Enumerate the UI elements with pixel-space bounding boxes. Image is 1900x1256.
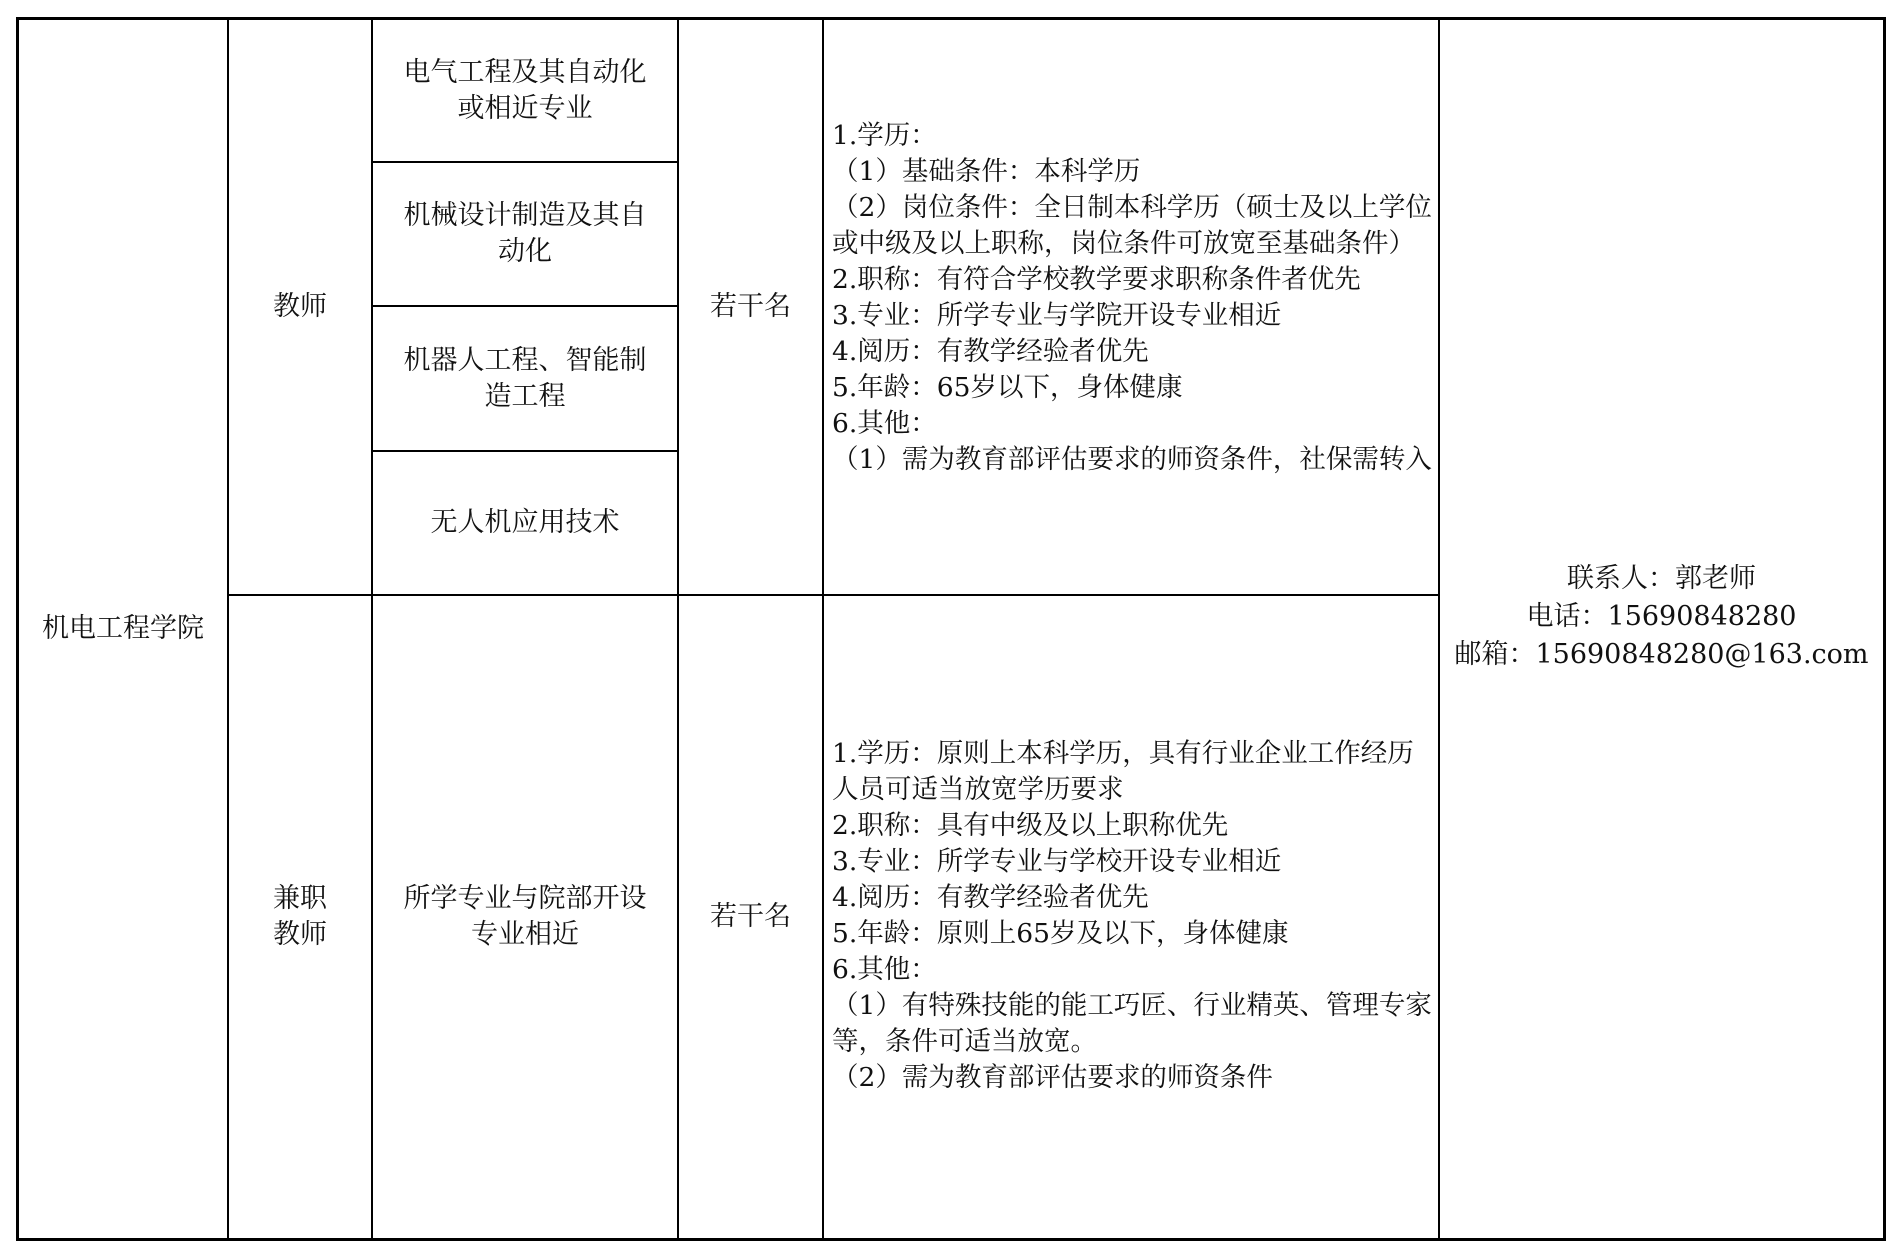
major-cell: 无人机应用技术 xyxy=(373,452,677,594)
requirements-list: 1.学历：原则上本科学历，具有行业企业工作经历人员可适当放宽学历要求 2.职称：… xyxy=(832,736,1432,1096)
major-cell: 机器人工程、智能制造工程 xyxy=(373,307,677,450)
contact-info: 联系人：郭老师 电话：15690848280 邮箱：15690848280@16… xyxy=(1454,560,1868,674)
major-text: 无人机应用技术 xyxy=(431,505,620,541)
department-name: 机电工程学院 xyxy=(42,611,204,647)
major-text: 机械设计制造及其自动化 xyxy=(397,198,653,270)
major-text: 机器人工程、智能制造工程 xyxy=(397,343,653,415)
contact-phone: 电话：15690848280 xyxy=(1454,598,1868,636)
contact-person: 联系人：郭老师 xyxy=(1454,560,1868,598)
requirement-line: 5.年龄：原则上65岁及以下，身体健康 xyxy=(832,916,1432,952)
requirement-line: 2.职称：有符合学校教学要求职称条件者优先 xyxy=(832,262,1432,298)
requirement-line: 3.专业：所学专业与学院开设专业相近 xyxy=(832,298,1432,334)
requirements-cell: 1.学历：原则上本科学历，具有行业企业工作经历人员可适当放宽学历要求 2.职称：… xyxy=(824,596,1438,1238)
requirement-line: 6.其他： xyxy=(832,952,1432,988)
headcount-cell: 若干名 xyxy=(679,596,822,1238)
contact-email[interactable]: 邮箱：15690848280@163.com xyxy=(1454,636,1868,674)
department-cell: 机电工程学院 xyxy=(19,20,227,1238)
requirement-line: （2）需为教育部评估要求的师资条件 xyxy=(832,1060,1432,1096)
major-cell: 机械设计制造及其自动化 xyxy=(373,163,677,305)
major-cell: 电气工程及其自动化或相近专业 xyxy=(373,20,677,161)
requirement-line: 4.阅历：有教学经验者优先 xyxy=(832,334,1432,370)
requirement-line: （1）基础条件：本科学历 xyxy=(832,154,1432,190)
requirements-list: 1.学历： （1）基础条件：本科学历 （2）岗位条件：全日制本科学历（硕士及以上… xyxy=(832,118,1432,478)
major-text: 电气工程及其自动化或相近专业 xyxy=(397,55,653,127)
position-title: 教师 xyxy=(273,289,327,325)
requirement-line: 2.职称：具有中级及以上职称优先 xyxy=(832,808,1432,844)
requirement-line: （2）岗位条件：全日制本科学历（硕士及以上学位或中级及以上职称，岗位条件可放宽至… xyxy=(832,190,1432,262)
contact-cell: 联系人：郭老师 电话：15690848280 邮箱：15690848280@16… xyxy=(1440,20,1883,1238)
recruitment-table: 机电工程学院 教师 电气工程及其自动化或相近专业 机械设计制造及其自动化 机器人… xyxy=(16,17,1886,1241)
requirement-line: （1）需为教育部评估要求的师资条件，社保需转入 xyxy=(832,442,1432,478)
headcount-cell: 若干名 xyxy=(679,20,822,594)
requirement-line: 3.专业：所学专业与学校开设专业相近 xyxy=(832,844,1432,880)
headcount: 若干名 xyxy=(710,289,791,325)
headcount: 若干名 xyxy=(710,899,791,935)
requirement-line: 5.年龄：65岁以下，身体健康 xyxy=(832,370,1432,406)
requirement-line: （1）有特殊技能的能工巧匠、行业精英、管理专家等，条件可适当放宽。 xyxy=(832,988,1432,1060)
major-cell: 所学专业与院部开设专业相近 xyxy=(373,596,677,1238)
position-title: 兼职教师 xyxy=(267,881,333,953)
major-text: 所学专业与院部开设专业相近 xyxy=(397,881,653,953)
requirement-line: 4.阅历：有教学经验者优先 xyxy=(832,880,1432,916)
requirements-cell: 1.学历： （1）基础条件：本科学历 （2）岗位条件：全日制本科学历（硕士及以上… xyxy=(824,20,1438,594)
requirement-line: 1.学历： xyxy=(832,118,1432,154)
position-title-cell: 教师 xyxy=(229,20,371,594)
position-title-cell: 兼职教师 xyxy=(229,596,371,1238)
requirement-line: 6.其他： xyxy=(832,406,1432,442)
requirement-line: 1.学历：原则上本科学历，具有行业企业工作经历人员可适当放宽学历要求 xyxy=(832,736,1432,808)
